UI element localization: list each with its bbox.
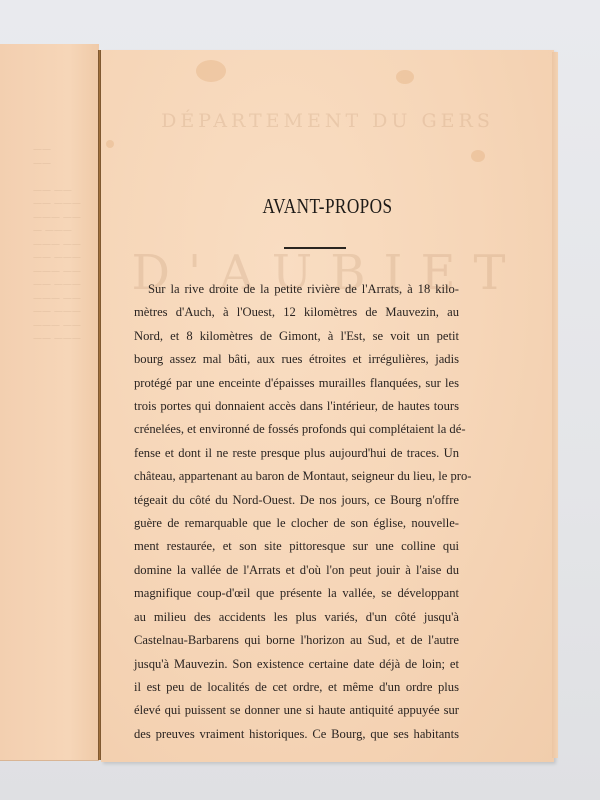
foxing-stain (196, 60, 226, 82)
left-page: —————— ————— ———— —————— ——— —————— ————… (0, 44, 99, 761)
text-line: magnifique coup-d'œil que présente la va… (134, 582, 459, 605)
text-line: crénelées, et environné de fossés profon… (134, 418, 459, 441)
text-line: il est peu de localités de cet ordre, et… (134, 676, 459, 699)
text-line: domine la vallée de l'Arrats et d'où l'o… (134, 559, 459, 582)
foxing-stain (471, 150, 485, 162)
text-line: Castelnau-Barbarens qui borne l'horizon … (134, 629, 459, 652)
text-line: Nord, et 8 kilomètres de Gimont, à l'Est… (134, 325, 459, 348)
text-line: bourg assez mal bâti, aux rues étroites … (134, 348, 459, 371)
page-title: AVANT-PROPOS (142, 194, 513, 219)
text-line: tégeait du côté du Nord-Ouest. De nos jo… (134, 489, 459, 512)
page-edge (552, 52, 558, 758)
foxing-stain (106, 140, 114, 148)
text-line: jusqu'à Mauvezin. Son existence certaine… (134, 653, 459, 676)
title-rule-divider (284, 247, 346, 249)
foxing-stain (396, 70, 414, 84)
text-line: des preuves vraiment historiques. Ce Bou… (134, 723, 459, 746)
show-through-heading: DÉPARTEMENT DU GERS (101, 110, 554, 132)
text-line: fense et dont il ne reste presque plus a… (134, 442, 459, 465)
right-page: DÉPARTEMENT DU GERS D'AUBIET AVANT-PROPO… (101, 50, 554, 762)
text-line: Sur la rive droite de la petite rivière … (134, 278, 459, 301)
body-paragraph: Sur la rive droite de la petite rivière … (134, 278, 459, 746)
text-line: au milieu des accidents les plus variés,… (134, 606, 459, 629)
text-line: guère de remarquable que le clocher de s… (134, 512, 459, 535)
text-line: protégé par une enceinte d'épaisses mura… (134, 372, 459, 395)
left-page-bleed-through: —————— ————— ———— —————— ——— —————— ————… (33, 144, 93, 347)
text-line: trois portes qui donnaient accès dans l'… (134, 395, 459, 418)
text-line: mètres d'Auch, à l'Ouest, 12 kilomètres … (134, 301, 459, 324)
text-line: ment restaurée, et son site pittoresque … (134, 535, 459, 558)
text-line: élevé qui puissent se donner une si haut… (134, 699, 459, 722)
text-line: château, appartenant au baron de Montaut… (134, 465, 459, 488)
